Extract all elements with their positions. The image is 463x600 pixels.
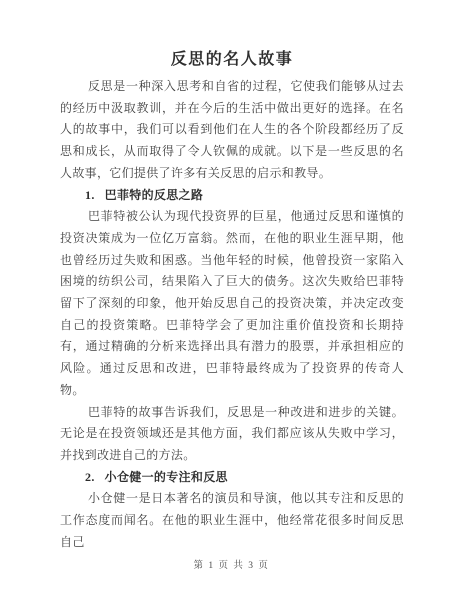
document-title: 反思的名人故事 bbox=[60, 48, 404, 72]
heading-ogura: 2.小仓健一的专注和反思 bbox=[60, 467, 404, 489]
document-page: 反思的名人故事 反思是一种深入思考和自省的过程，它使我们能够从过去的经历中汲取教… bbox=[0, 0, 463, 600]
paragraph-ogura-story: 小仓健一是日本著名的演员和导演，他以其专注和反思的工作态度而闻名。在他的职业生涯… bbox=[60, 488, 404, 553]
heading-number: 2. bbox=[85, 470, 95, 484]
page-number-text: 第 1 页 共 3 页 bbox=[194, 561, 270, 571]
heading-label: 小仓健一的专注和反思 bbox=[105, 470, 228, 484]
paragraph-buffett-story: 巴菲特被公认为现代投资界的巨星，他通过反思和谨慎的投资决策成为一位亿万富翁。然而… bbox=[60, 206, 404, 401]
page-footer: 第 1 页 共 3 页 bbox=[0, 561, 463, 572]
paragraph-buffett-lesson: 巴菲特的故事告诉我们，反思是一种改进和进步的关键。无论是在投资领域还是其他方面，… bbox=[60, 402, 404, 467]
heading-number: 1. bbox=[85, 188, 95, 202]
heading-label: 巴菲特的反思之路 bbox=[105, 188, 204, 202]
paragraph-intro: 反思是一种深入思考和自省的过程，它使我们能够从过去的经历中汲取教训，并在今后的生… bbox=[60, 76, 404, 185]
heading-buffett: 1.巴菲特的反思之路 bbox=[60, 185, 404, 207]
